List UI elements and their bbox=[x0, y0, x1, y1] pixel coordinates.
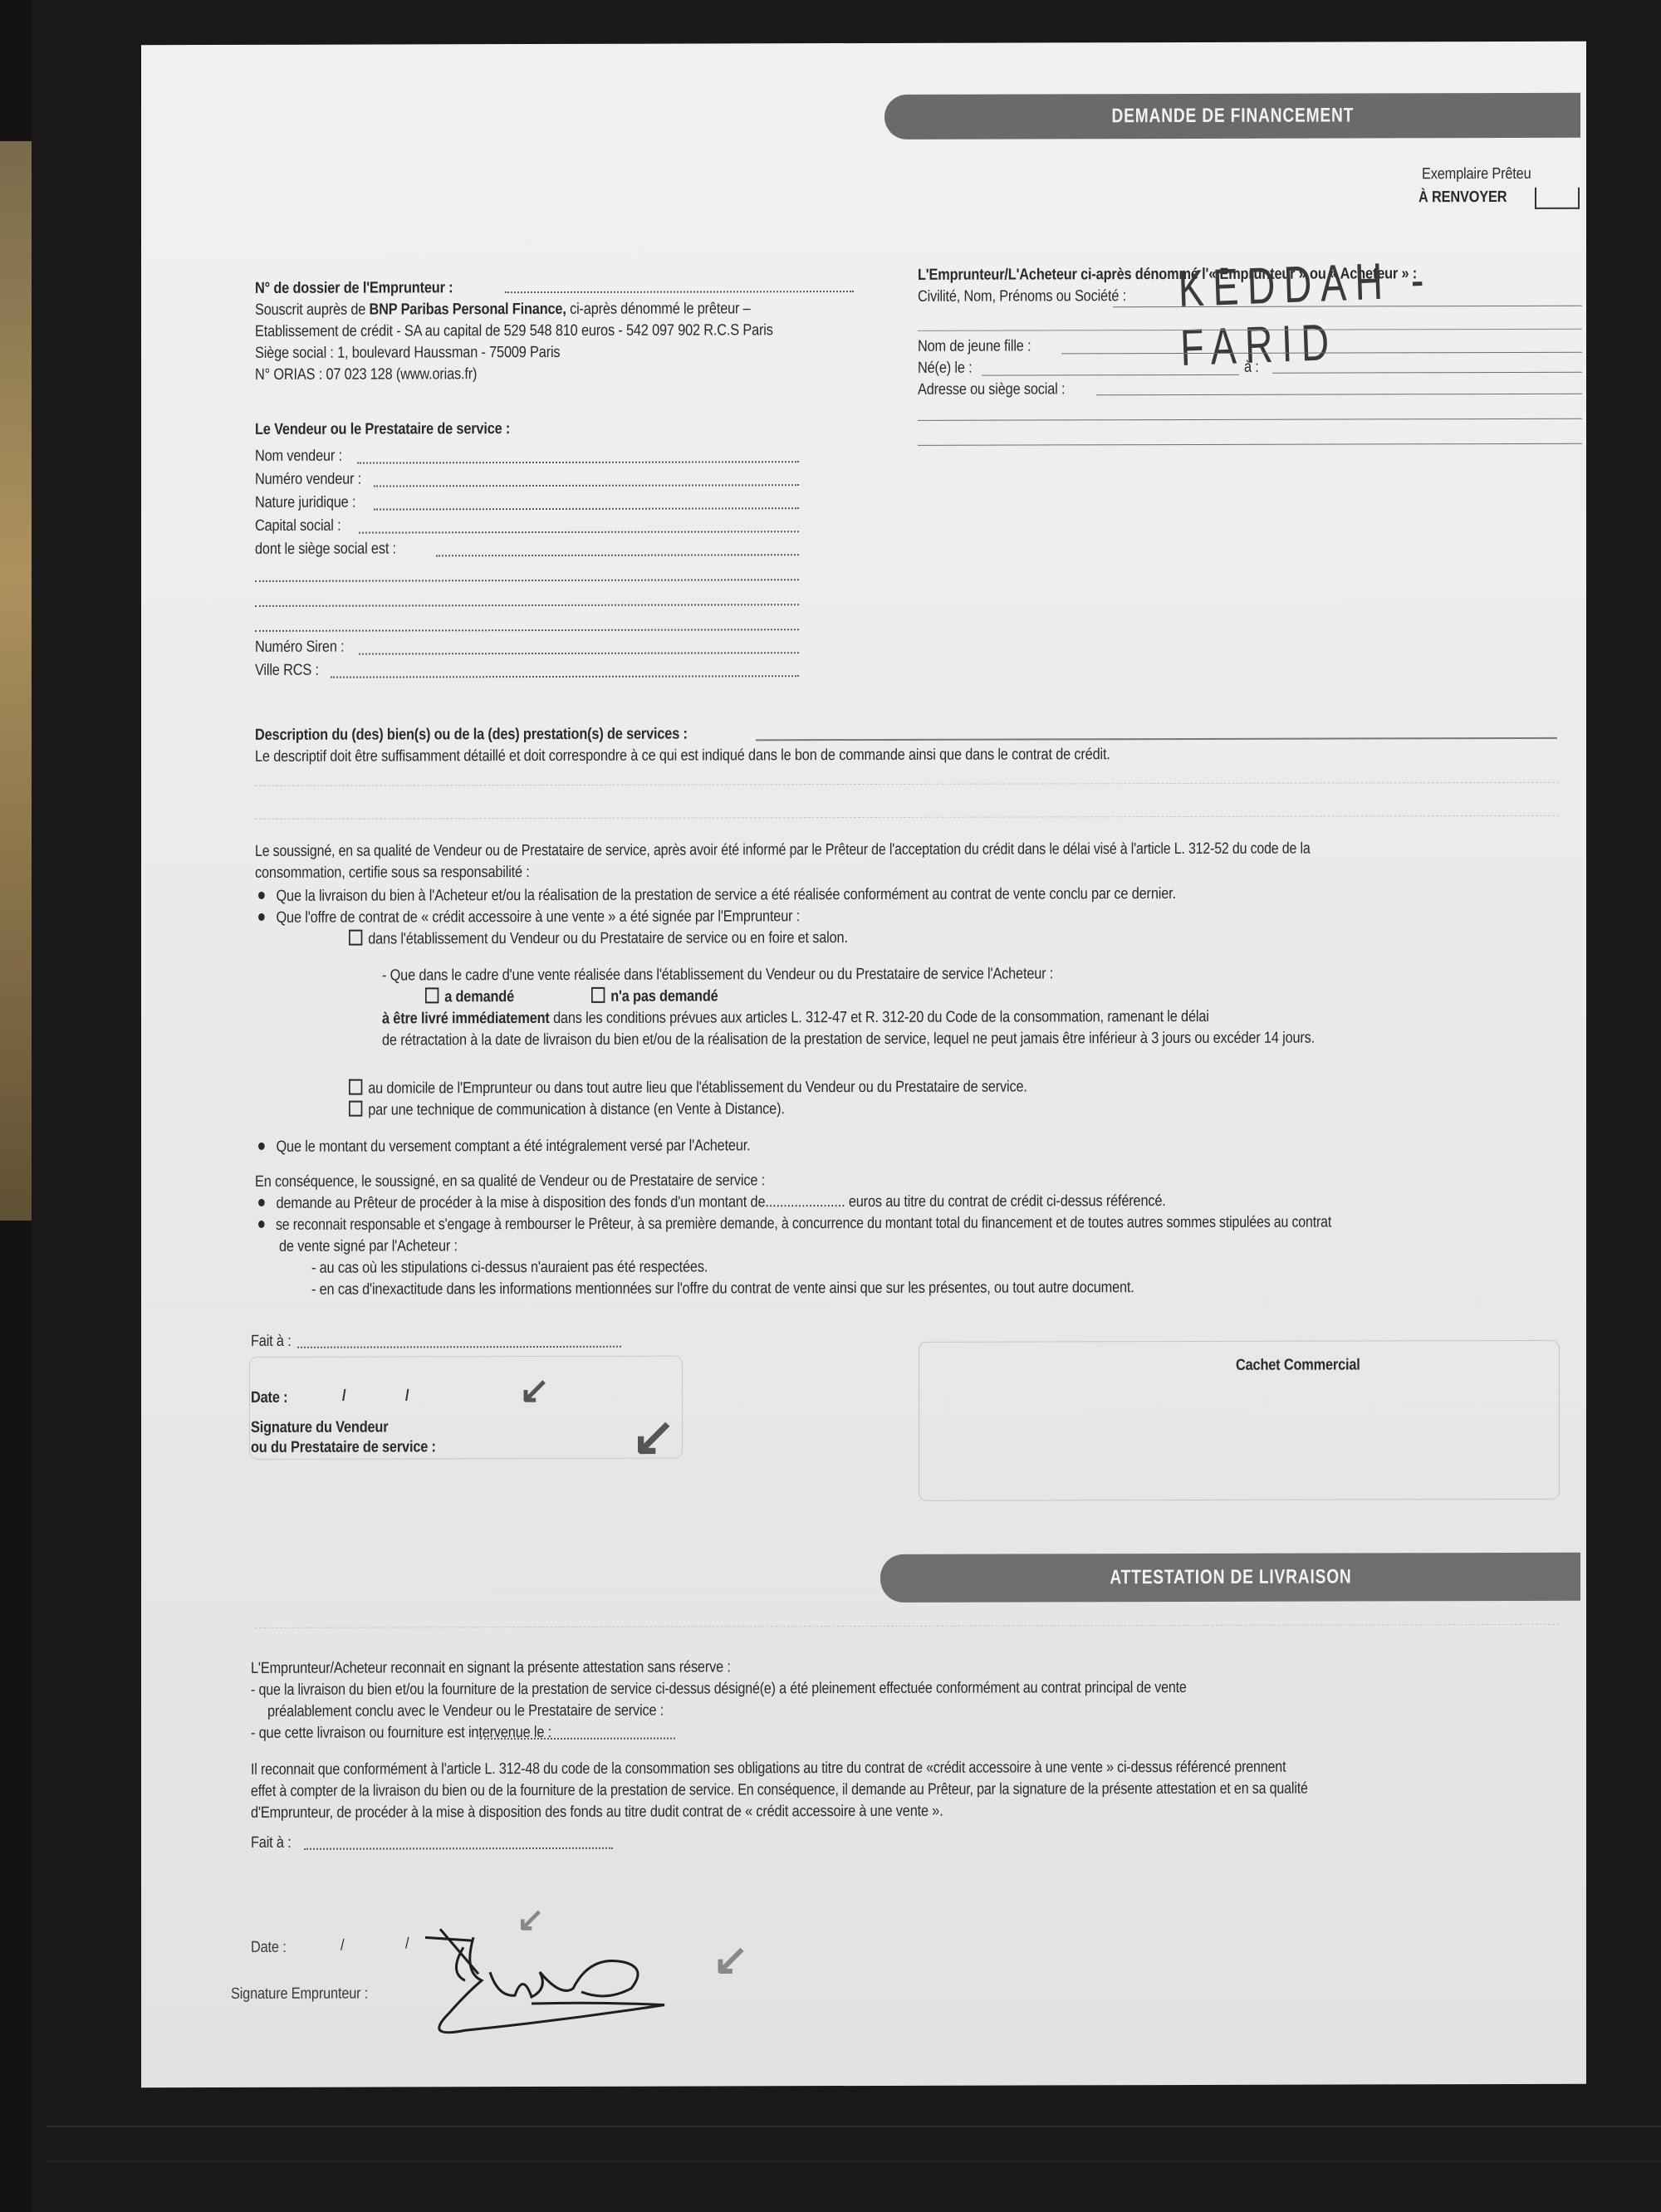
case-2: - en cas d'inexactitude dans les informa… bbox=[311, 1278, 1134, 1300]
siren-label: Numéro Siren : bbox=[255, 638, 344, 658]
delivery-line-2: de rétractation à la date de livraison d… bbox=[382, 1029, 1315, 1051]
attestation-para-2: effet à compter de la livraison du bien … bbox=[251, 1779, 1308, 1802]
attestation-place-label: Fait à : bbox=[251, 1833, 292, 1853]
attestation-signature-label: Signature Emprunteur : bbox=[231, 1984, 368, 2004]
borrower-signature[interactable] bbox=[415, 1922, 689, 2039]
birthplace-label: à : bbox=[1244, 358, 1259, 378]
binder-edge bbox=[46, 2126, 1661, 2162]
bullet-icon bbox=[258, 1143, 265, 1150]
vendor-date-sep-1[interactable]: / bbox=[342, 1387, 345, 1407]
birthplace-field[interactable] bbox=[1272, 372, 1582, 374]
form-page: DEMANDE DE FINANCEMENT Exemplaire Prêteu… bbox=[141, 42, 1586, 2088]
dossier-label: N° de dossier de l'Emprunteur : bbox=[255, 278, 453, 299]
sign-here-arrow-icon: ↙ bbox=[713, 1935, 749, 1984]
copy-label: Exemplaire Prêteu bbox=[1422, 164, 1531, 184]
bullet-payment: Que le montant du versement comptant a é… bbox=[258, 1136, 751, 1157]
borrower-name-value[interactable]: KEDDAH - FARID bbox=[1178, 248, 1487, 378]
hq-field-2[interactable] bbox=[255, 579, 799, 582]
vendor-date-sep-2[interactable]: / bbox=[405, 1386, 409, 1406]
vendor-name-label: Nom vendeur : bbox=[255, 447, 342, 467]
lender-name: BNP Paribas Personal Finance, bbox=[370, 301, 566, 319]
legal-nature-field[interactable] bbox=[374, 507, 799, 510]
checkbox-home[interactable] bbox=[349, 1079, 362, 1095]
bullet-icon bbox=[258, 892, 265, 899]
attestation-para-3: d'Emprunteur, de procéder à la mise à di… bbox=[251, 1802, 943, 1823]
vendor-number-label: Numéro vendeur : bbox=[255, 470, 361, 490]
attestation-date-label: Date : bbox=[251, 1938, 287, 1958]
bullet-offer-signed: Que l'offre de contrat de « crédit acces… bbox=[258, 907, 800, 928]
attestation-place-field[interactable] bbox=[304, 1847, 613, 1850]
hq-field[interactable] bbox=[436, 554, 799, 556]
vendor-place-label: Fait à : bbox=[251, 1332, 292, 1352]
hq-field-3[interactable] bbox=[255, 604, 799, 607]
option-distance[interactable]: par une technique de communication à dis… bbox=[349, 1099, 785, 1120]
attestation-para-1: Il reconnait que conformément à l'articl… bbox=[251, 1758, 1286, 1780]
hq-field-4[interactable] bbox=[255, 629, 799, 632]
legal-nature-label: Nature juridique : bbox=[255, 493, 355, 513]
attestation-date-sep-1[interactable]: / bbox=[341, 1936, 344, 1956]
bullet-request: demande au Prêteur de procéder à la mise… bbox=[258, 1192, 1166, 1214]
attestation-item-1a: - que la livraison du bien et/ou la four… bbox=[251, 1678, 1187, 1701]
address-field-3[interactable] bbox=[918, 443, 1582, 446]
attestation-item-2: - que cette livraison ou fourniture est … bbox=[251, 1723, 551, 1744]
vendor-signature-label-2: ou du Prestataire de service : bbox=[251, 1437, 436, 1458]
store-context: - Que dans le cadre d'une vente réalisée… bbox=[382, 964, 1053, 986]
lender-line-3: Siège social : 1, boulevard Haussman - 7… bbox=[255, 343, 560, 364]
lender-line-1: Souscrit auprès de BNP Paribas Personal … bbox=[255, 299, 751, 321]
vendor-number-field[interactable] bbox=[374, 484, 799, 487]
maiden-label: Nom de jeune fille : bbox=[918, 336, 1031, 356]
delivery-date-field[interactable] bbox=[480, 1738, 675, 1740]
consequence-text: En conséquence, le soussigné, en sa qual… bbox=[255, 1171, 765, 1192]
option-home[interactable]: au domicile de l'Emprunteur ou dans tout… bbox=[349, 1077, 1027, 1099]
option-store[interactable]: dans l'établissement du Vendeur ou du Pr… bbox=[349, 928, 848, 950]
siren-field[interactable] bbox=[359, 652, 799, 654]
liability-line-2: de vente signé par l'Acheteur : bbox=[279, 1236, 458, 1257]
address-field-2[interactable] bbox=[918, 418, 1582, 421]
sign-here-arrow-icon: ↙ bbox=[631, 1406, 676, 1468]
checkbox-distance[interactable] bbox=[349, 1101, 362, 1117]
attestation-title: ATTESTATION DE LIVRAISON bbox=[1110, 1565, 1351, 1589]
rcs-label: Ville RCS : bbox=[255, 661, 319, 681]
birth-label: Né(e) le : bbox=[918, 359, 972, 379]
description-note: Le descriptif doit être suffisamment dét… bbox=[255, 745, 1110, 767]
option-not-asked[interactable]: n'a pas demandé bbox=[591, 986, 718, 1006]
title-banner: DEMANDE DE FINANCEMENT bbox=[884, 93, 1580, 139]
stamp-label: Cachet Commercial bbox=[1236, 1355, 1360, 1375]
vendor-place-field[interactable] bbox=[297, 1346, 621, 1348]
checkbox-asked[interactable] bbox=[425, 987, 439, 1003]
description-line-2 bbox=[255, 815, 1559, 820]
certification-intro-1: Le soussigné, en sa qualité de Vendeur o… bbox=[255, 839, 1311, 862]
title-text: DEMANDE DE FINANCEMENT bbox=[1111, 104, 1354, 128]
attestation-top-line bbox=[255, 1624, 1559, 1628]
lender-line-4: N° ORIAS : 07 023 128 (www.orias.fr) bbox=[255, 365, 477, 385]
checkbox-store[interactable] bbox=[349, 930, 362, 946]
borrower-name-label: Civilité, Nom, Prénoms ou Société : bbox=[918, 286, 1126, 307]
case-1: - au cas où les stipulations ci-dessus n… bbox=[311, 1257, 708, 1278]
bullet-icon bbox=[258, 1199, 265, 1206]
capital-label: Capital social : bbox=[255, 516, 341, 536]
bullet-delivery: Que la livraison du bien à l'Acheteur et… bbox=[258, 884, 1176, 907]
dossier-field[interactable] bbox=[505, 291, 854, 293]
sign-here-arrow-icon: ↙ bbox=[519, 1369, 550, 1412]
bullet-icon bbox=[258, 1221, 265, 1228]
description-field[interactable] bbox=[756, 737, 1557, 741]
description-line-1 bbox=[255, 782, 1559, 786]
attestation-item-1b: préalablement conclu avec le Vendeur ou … bbox=[267, 1701, 664, 1722]
certification-intro-2: consommation, certifie sous sa responsab… bbox=[255, 863, 530, 883]
hq-label: dont le siège social est : bbox=[255, 539, 396, 559]
checkbox-not-asked[interactable] bbox=[591, 987, 605, 1003]
attestation-date-sep-2[interactable]: / bbox=[405, 1934, 409, 1954]
address-field[interactable] bbox=[1096, 394, 1582, 396]
background-wall bbox=[0, 141, 33, 1221]
envelope-icon bbox=[1535, 188, 1580, 209]
bullet-liability: se reconnait responsable et s'engage à r… bbox=[258, 1213, 1331, 1236]
description-label: Description du (des) bien(s) ou de la (d… bbox=[255, 725, 688, 746]
amount-field[interactable]: ...................... bbox=[765, 1193, 845, 1211]
attestation-banner: ATTESTATION DE LIVRAISON bbox=[880, 1553, 1580, 1603]
delivery-line-1: à être livré immédiatement dans les cond… bbox=[382, 1007, 1209, 1030]
bullet-icon bbox=[258, 913, 265, 921]
attestation-intro: L'Emprunteur/Acheteur reconnait en signa… bbox=[251, 1657, 731, 1679]
lender-line-2: Etablissement de crédit - SA au capital … bbox=[255, 321, 773, 342]
rcs-field[interactable] bbox=[331, 675, 799, 678]
capital-field[interactable] bbox=[359, 531, 799, 533]
option-asked[interactable]: a demandé bbox=[425, 987, 514, 1007]
vendor-signature-label-1: Signature du Vendeur bbox=[251, 1417, 388, 1437]
vendor-heading: Le Vendeur ou le Prestataire de service … bbox=[255, 419, 510, 440]
vendor-date-label: Date : bbox=[251, 1388, 287, 1408]
return-label: À RENVOYER bbox=[1418, 188, 1507, 208]
address-label: Adresse ou siège social : bbox=[918, 379, 1065, 399]
vendor-name-field[interactable] bbox=[357, 461, 799, 463]
